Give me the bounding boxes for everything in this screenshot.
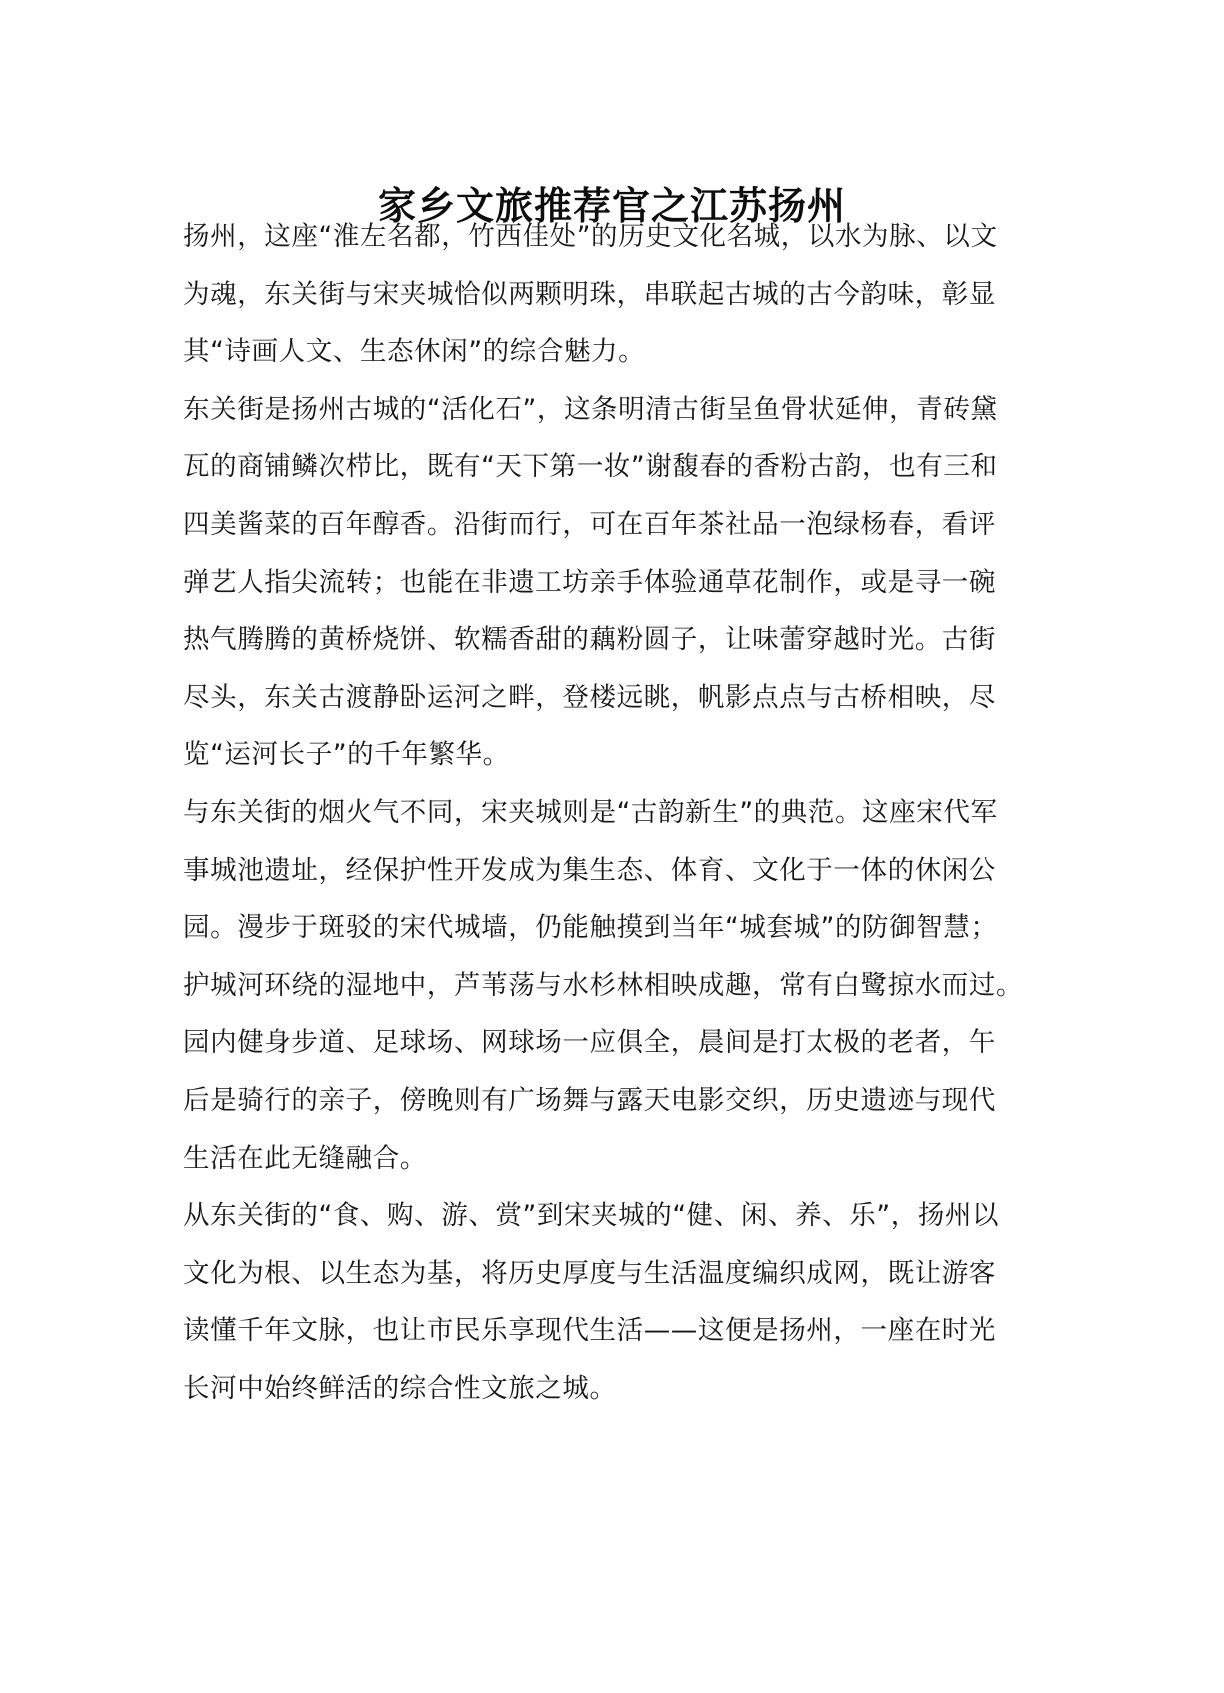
text-line: 文化为根、以生态为基，将历史厚度与生活温度编织成网，既让游客 [183,1253,973,1311]
text-line: 热气腾腾的黄桥烧饼、软糯香甜的藕粉圆子，让味蕾穿越时光。古街 [183,619,973,677]
text-line: 扬州，这座“淮左名都，竹西佳处”的历史文化名城，以水为脉、以文 [183,216,973,274]
text-line: 与东关街的烟火气不同，宋夹城则是“古韵新生”的典范。这座宋代军 [183,792,973,850]
document-page: 家乡文旅推荐官之江苏扬州 扬州，这座“淮左名都，竹西佳处”的历史文化名城，以水为… [0,0,1224,1693]
text-line: 东关街是扬州古城的“活化石”，这条明清古街呈鱼骨状延伸，青砖黛 [183,389,973,447]
text-line: 览“运河长子”的千年繁华。 [183,734,973,792]
text-line: 护城河环绕的湿地中，芦苇荡与水杉林相映成趣，常有白鹭掠水而过。 [183,965,973,1023]
text-line: 瓦的商铺鳞次栉比，既有“天下第一妆”谢馥春的香粉古韵，也有三和 [183,446,973,504]
paragraph-songjia-city: 与东关街的烟火气不同，宋夹城则是“古韵新生”的典范。这座宋代军 事城池遗址，经保… [183,792,973,1195]
text-line: 园。漫步于斑驳的宋代城墙，仍能触摸到当年“城套城”的防御智慧； [183,907,973,965]
text-line: 四美酱菜的百年醇香。沿街而行，可在百年茶社品一泡绿杨春，看评 [183,504,973,562]
document-body: 扬州，这座“淮左名都，竹西佳处”的历史文化名城，以水为脉、以文 为魂，东关街与宋… [183,216,973,1425]
text-line: 尽头，东关古渡静卧运河之畔，登楼远眺，帆影点点与古桥相映，尽 [183,677,973,735]
text-line: 其“诗画人文、生态休闲”的综合魅力。 [183,331,973,389]
text-line: 长河中始终鲜活的综合性文旅之城。 [183,1368,973,1426]
paragraph-conclusion: 从东关街的“食、购、游、赏”到宋夹城的“健、闲、养、乐”，扬州以 文化为根、以生… [183,1195,973,1425]
text-line: 后是骑行的亲子，傍晚则有广场舞与露天电影交织，历史遗迹与现代 [183,1080,973,1138]
text-line: 园内健身步道、足球场、网球场一应俱全，晨间是打太极的老者，午 [183,1022,973,1080]
text-line: 事城池遗址，经保护性开发成为集生态、体育、文化于一体的休闲公 [183,850,973,908]
text-line: 生活在此无缝融合。 [183,1138,973,1196]
paragraph-intro: 扬州，这座“淮左名都，竹西佳处”的历史文化名城，以水为脉、以文 为魂，东关街与宋… [183,216,973,389]
text-line: 从东关街的“食、购、游、赏”到宋夹城的“健、闲、养、乐”，扬州以 [183,1195,973,1253]
text-line: 读懂千年文脉，也让市民乐享现代生活——这便是扬州，一座在时光 [183,1310,973,1368]
paragraph-dongguan-street: 东关街是扬州古城的“活化石”，这条明清古街呈鱼骨状延伸，青砖黛 瓦的商铺鳞次栉比… [183,389,973,792]
text-line: 弹艺人指尖流转；也能在非遗工坊亲手体验通草花制作，或是寻一碗 [183,562,973,620]
text-line: 为魂，东关街与宋夹城恰似两颗明珠，串联起古城的古今韵味，彰显 [183,274,973,332]
